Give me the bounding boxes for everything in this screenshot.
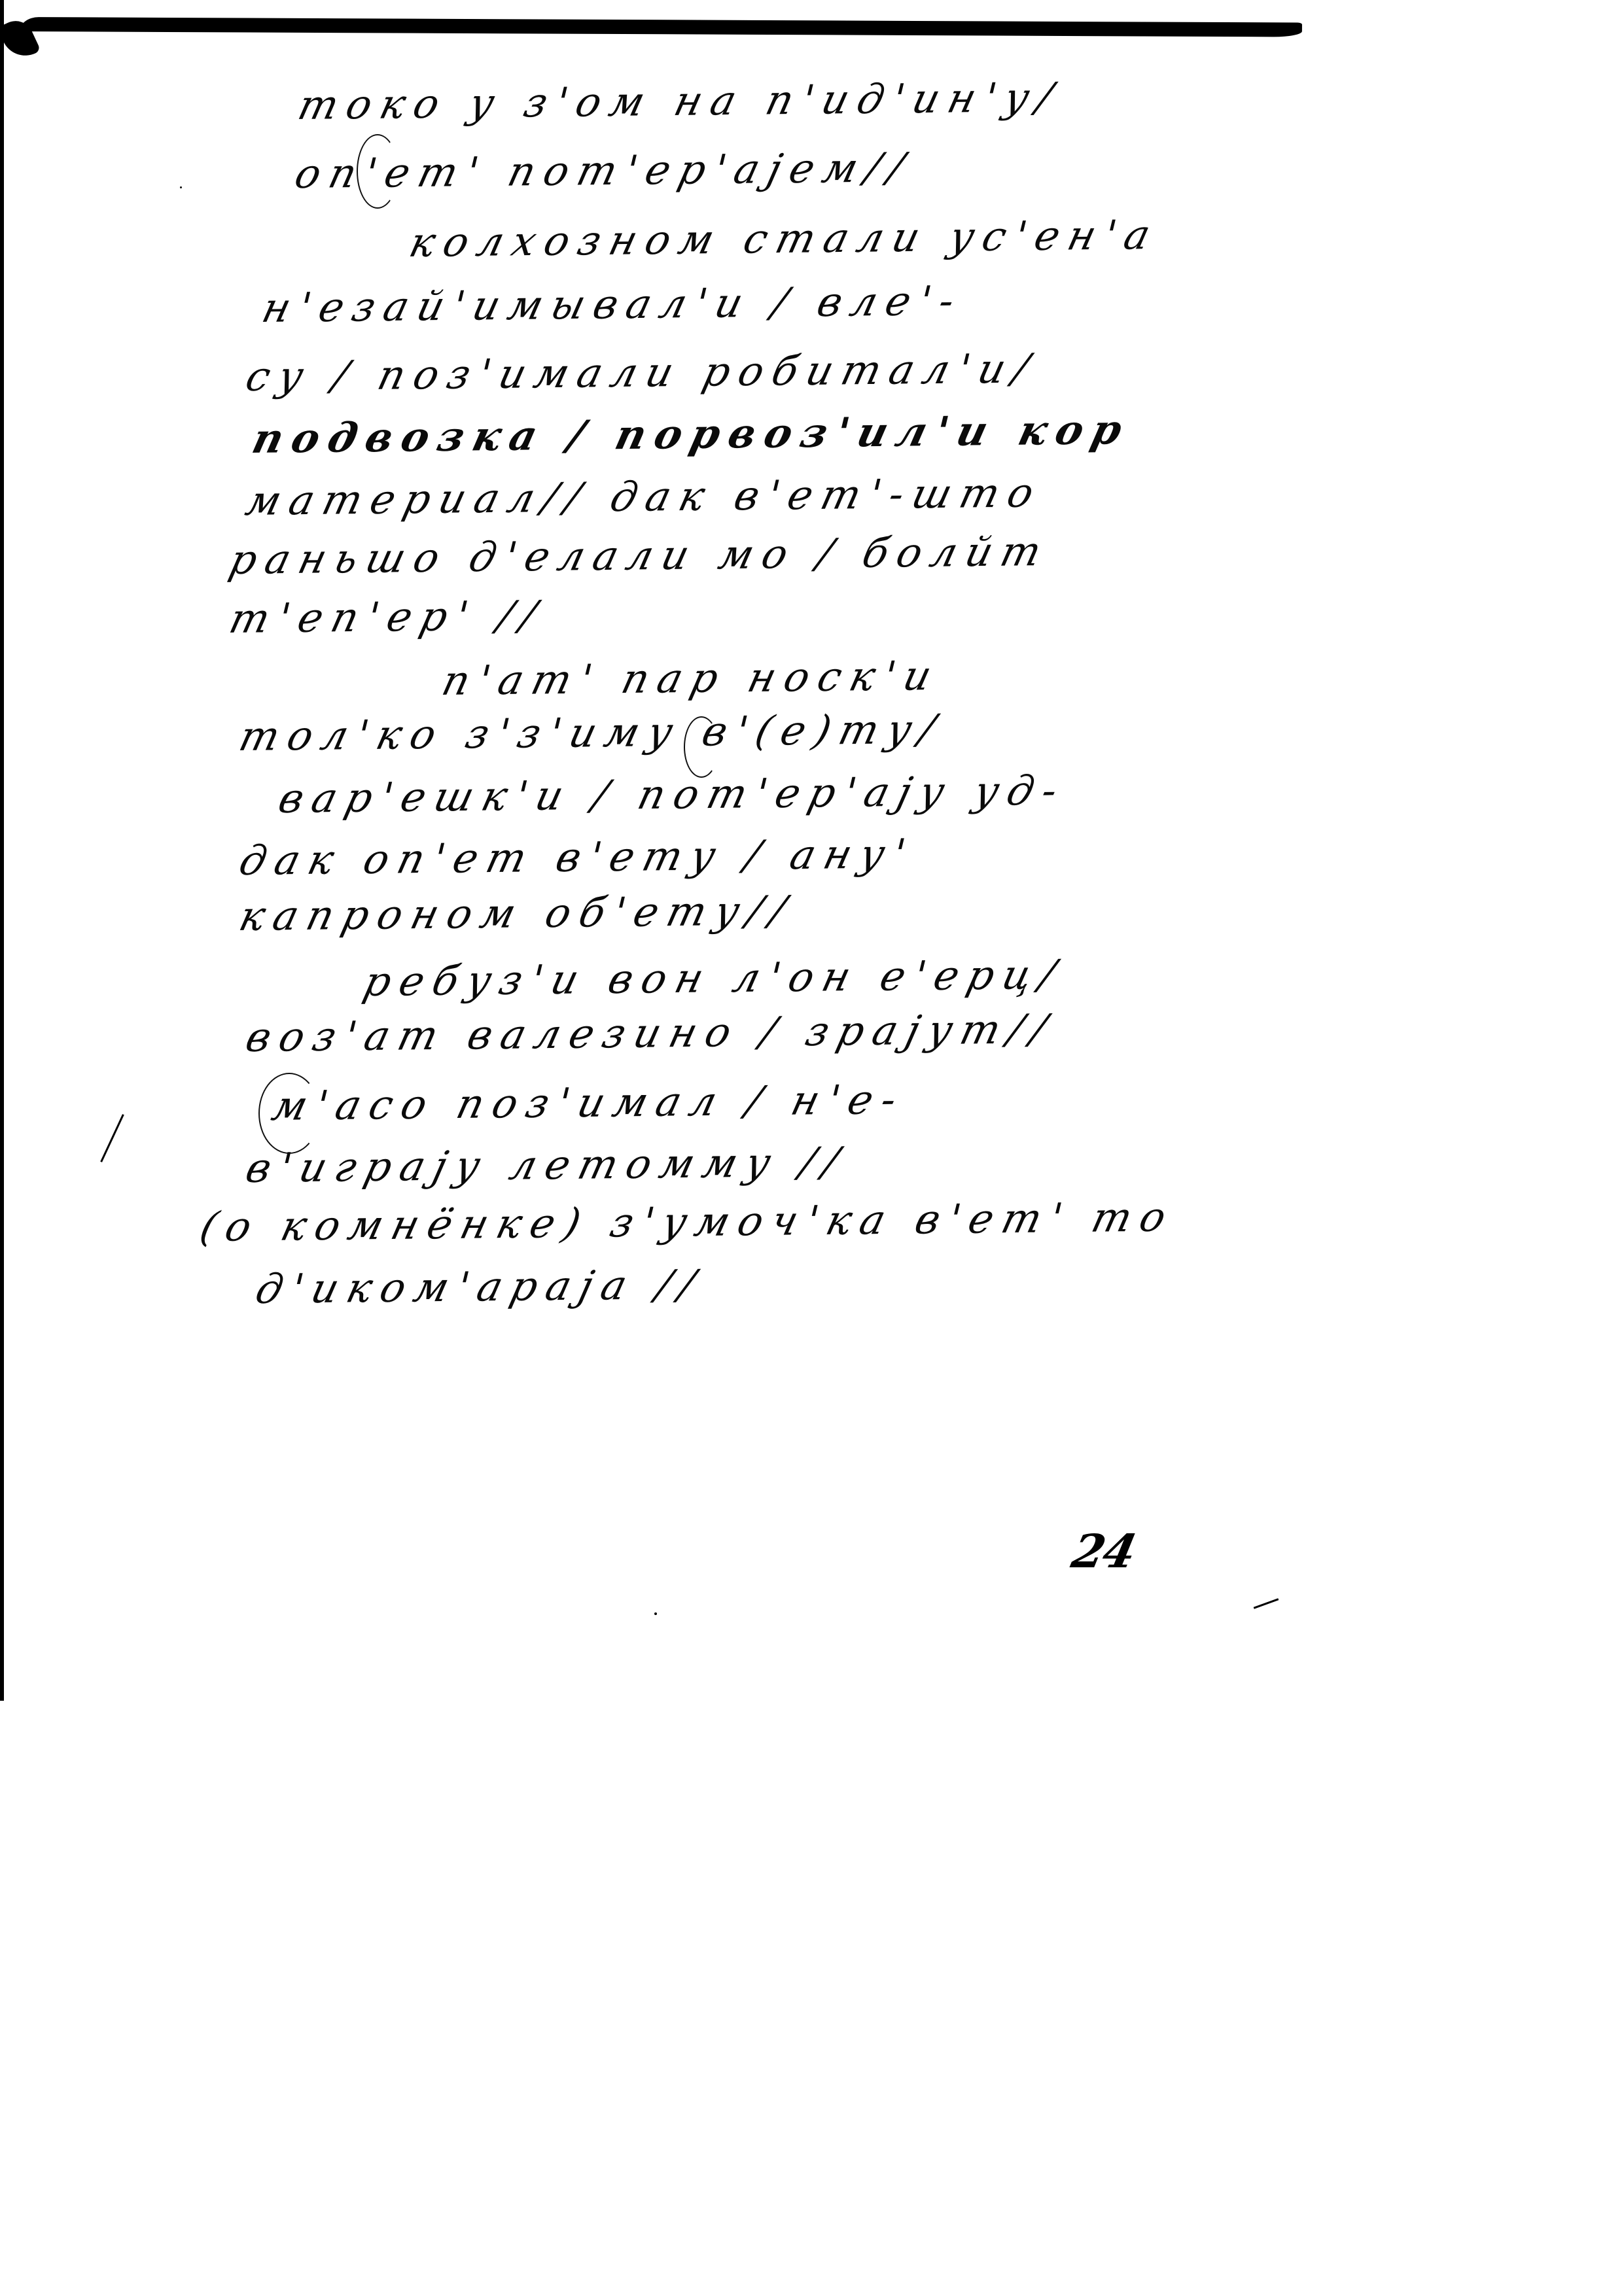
text-line: токо у з'ом на п'ид'ин'у/ — [294, 77, 1065, 126]
stray-dot — [654, 1612, 657, 1615]
text-line: раньшо д'елали мо / болйт — [226, 531, 1054, 580]
text-line: колхозном стали ус'ен'а — [406, 215, 1163, 263]
text-line: вар'ешк'и / пот'ер'ају уд- — [275, 770, 1070, 819]
text-line: (о комнёнке) з'умоч'ка в'ет' то — [196, 1196, 1179, 1247]
text-line: ребуз'и вон л'он е'ерц/ — [360, 954, 1068, 1002]
text-line: т'еп'ер' // — [226, 595, 549, 639]
page-edge-top — [20, 17, 1302, 37]
text-line: д'иком'араја // — [252, 1264, 708, 1310]
text-line: воз'ат валезино / зрајут// — [242, 1009, 1059, 1058]
text-line: м'асо поз'имал / н'е- — [268, 1079, 909, 1126]
page-edge-left — [0, 0, 4, 1701]
text-line: тол'ко з'з'иму в'(е)ту/ — [236, 709, 948, 757]
text-line: капроном об'ету// — [236, 890, 799, 937]
text-line: дак оп'ет в'ету / ану' — [236, 833, 919, 881]
circled-letter-mark — [684, 716, 719, 778]
page-number: 24 — [1067, 1524, 1140, 1578]
text-line: п'ат' пар носк'и — [438, 655, 944, 701]
stray-mark — [1254, 1598, 1279, 1609]
stray-mark — [100, 1114, 124, 1162]
text-line: материал// дак в'ет'-што — [242, 472, 1047, 521]
stray-dot — [180, 186, 182, 188]
text-line: н'езай'имывал'и / вле'- — [258, 281, 968, 328]
text-line: су / поз'имали робитал'и/ — [242, 348, 1042, 397]
text-line: подвозка / порвоз'ил'и кор — [249, 409, 1135, 459]
circled-letter-mark — [357, 134, 398, 209]
text-line: в'играју летомму // — [242, 1141, 852, 1189]
